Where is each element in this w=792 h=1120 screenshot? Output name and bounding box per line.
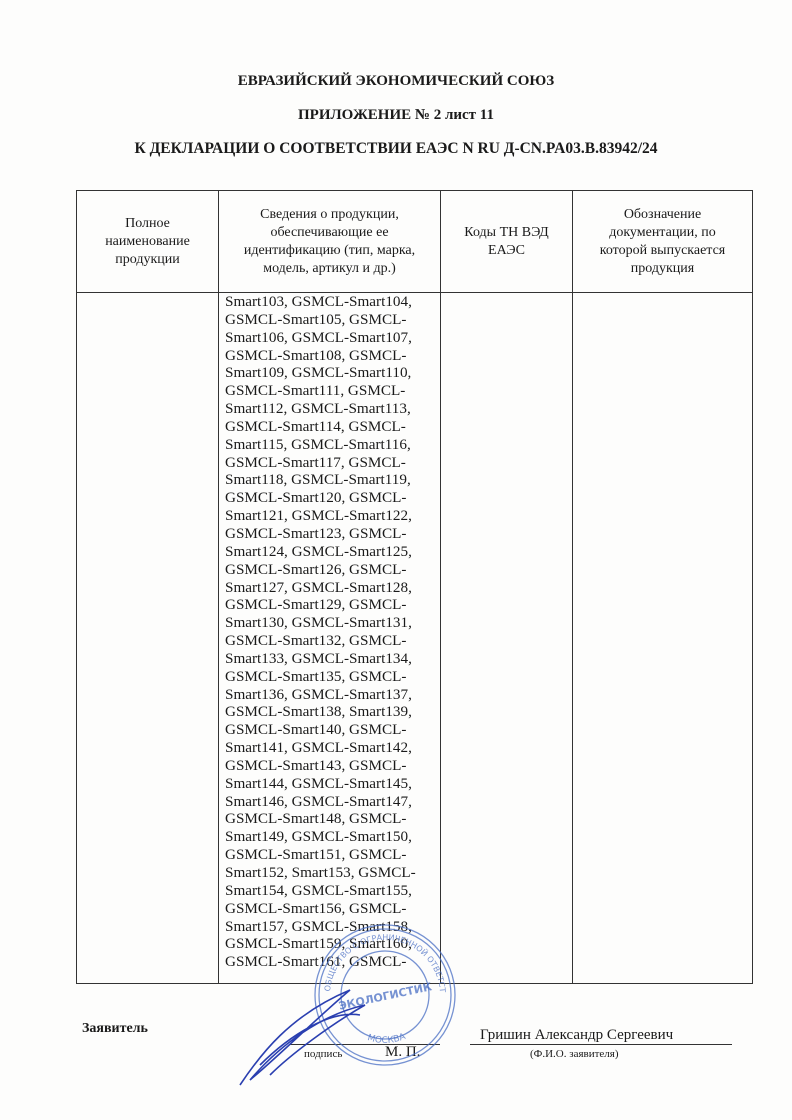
col-header-documentation: Обозначение документации, по которой вып… xyxy=(573,191,753,293)
name-line xyxy=(470,1044,732,1045)
appendix-title: ПРИЛОЖЕНИЕ № 2 лист 11 xyxy=(0,107,792,124)
cell-documentation xyxy=(573,293,753,984)
signature-icon xyxy=(230,985,370,1090)
col-header-identification: Сведения о продукции, обеспечивающие ее … xyxy=(219,191,441,293)
applicant-name: Гришин Александр Сергеевич xyxy=(480,1027,673,1044)
name-caption: (Ф.И.О. заявителя) xyxy=(530,1048,619,1060)
table-row: Smart103, GSMCL-Smart104, GSMCL-Smart105… xyxy=(77,293,753,984)
cell-hs-codes xyxy=(441,293,573,984)
cell-product-name xyxy=(77,293,219,984)
cell-models: Smart103, GSMCL-Smart104, GSMCL-Smart105… xyxy=(219,293,441,984)
col-header-product-name: Полное наименование продукции xyxy=(77,191,219,293)
declaration-title: К ДЕКЛАРАЦИИ О СООТВЕТСТВИИ ЕАЭС N RU Д-… xyxy=(0,140,792,158)
table-header-row: Полное наименование продукции Сведения о… xyxy=(77,191,753,293)
declaration-table: Полное наименование продукции Сведения о… xyxy=(76,190,753,984)
union-title: ЕВРАЗИЙСКИЙ ЭКОНОМИЧЕСКИЙ СОЮЗ xyxy=(0,73,792,90)
svg-text:МОСКВА: МОСКВА xyxy=(366,1032,408,1046)
applicant-label: Заявитель xyxy=(82,1021,148,1037)
col-header-hs-codes: Коды ТН ВЭД ЕАЭС xyxy=(441,191,573,293)
